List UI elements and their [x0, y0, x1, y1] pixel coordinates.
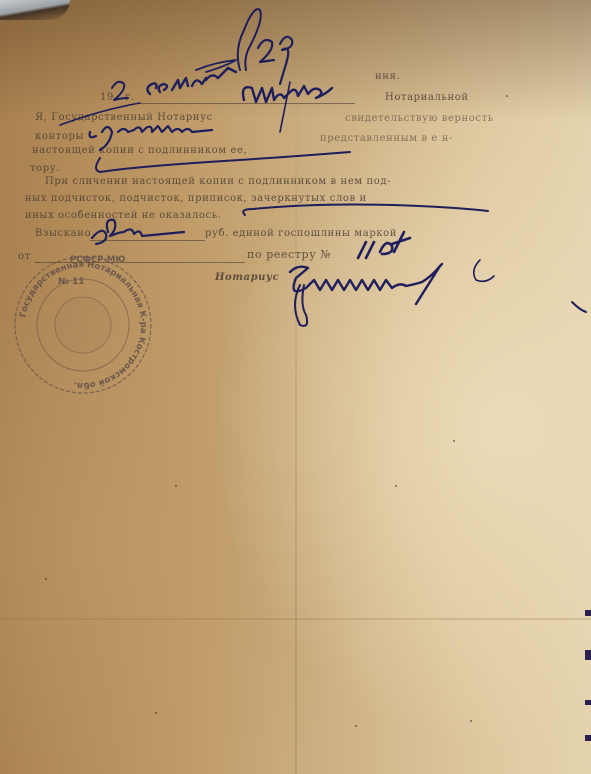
edge-ink-mark: [585, 735, 591, 741]
paper-speck: [45, 578, 47, 580]
edge-ink-mark: [585, 650, 591, 660]
paper-speck: [395, 485, 397, 487]
paper-speck: [175, 485, 177, 487]
paper-speck: [506, 95, 508, 97]
edge-ink-mark: [585, 700, 591, 705]
stamp-inner-mark: № 11: [58, 277, 85, 287]
paper-speck: [155, 712, 157, 714]
stamp-top-text: РСФСР-МЮ: [70, 255, 125, 265]
notary-stamp: Государственная Нотариальная К-ра Костро…: [8, 250, 158, 400]
paper-speck: [355, 725, 357, 727]
paper-speck: [470, 720, 472, 722]
edge-ink-mark: [585, 610, 591, 616]
paper-speck: [453, 440, 455, 442]
